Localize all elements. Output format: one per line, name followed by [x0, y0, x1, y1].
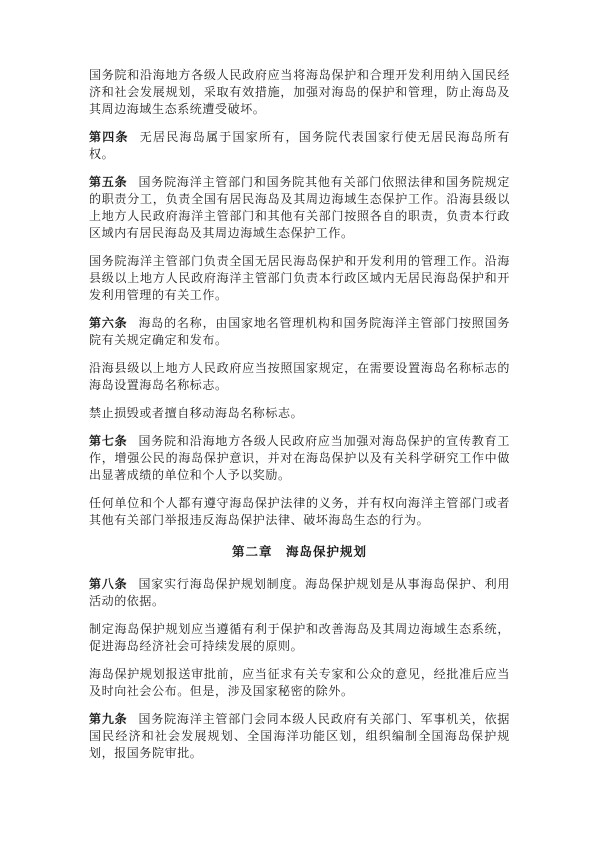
- paragraph-text: 国务院和沿海地方各级人民政府应当加强对海岛保护的宣传教育工作，增强公民的海岛保护…: [89, 434, 510, 482]
- paragraph-text: 任何单位和个人都有遵守海岛保护法律的义务，并有权向海洋主管部门或者其他有关部门举…: [89, 496, 510, 527]
- paragraph: 海岛保护规划报送审批前，应当征求有关专家和公众的意见，经批准后应当及时向社会公布…: [89, 666, 510, 700]
- paragraph-text: 禁止损毁或者擅自移动海岛名称标志。: [89, 406, 303, 420]
- paragraph: 第七条国务院和沿海地方各级人民政府应当加强对海岛保护的宣传教育工作，增强公民的海…: [89, 433, 510, 484]
- paragraph: 制定海岛保护规划应当遵循有利于保护和改善海岛及其周边海域生态系统，促进海岛经济社…: [89, 621, 510, 655]
- article-label: 第五条: [89, 175, 127, 189]
- paragraph-text: 无居民海岛属于国家所有，国务院代表国家行使无居民海岛所有权。: [89, 130, 510, 161]
- article-label: 第六条: [89, 316, 127, 330]
- chapter-heading: 第二章 海岛保护规划: [89, 544, 510, 561]
- document-body: 国务院和沿海地方各级人民政府应当将海岛保护和合理开发利用纳入国民经济和社会发展规…: [89, 67, 510, 773]
- article-label: 第八条: [89, 577, 127, 591]
- article-label: 第九条: [89, 712, 127, 726]
- paragraph-text: 国务院海洋主管部门和国务院其他有关部门依照法律和国务院规定的职责分工，负责全国有…: [89, 175, 510, 240]
- paragraph-text: 沿海县级以上地方人民政府应当按照国家规定，在需要设置海岛名称标志的海岛设置海岛名…: [89, 361, 510, 392]
- paragraph-text: 海岛保护规划报送审批前，应当征求有关专家和公众的意见，经批准后应当及时向社会公布…: [89, 667, 510, 698]
- article-label: 第四条: [89, 130, 129, 144]
- paragraph: 国务院海洋主管部门负责全国无居民海岛保护和开发利用的管理工作。沿海县级以上地方人…: [89, 253, 510, 304]
- paragraph-text: 国家实行海岛保护规划制度。海岛保护规划是从事海岛保护、利用活动的依据。: [89, 577, 510, 608]
- paragraph-text: 海岛的名称，由国家地名管理机构和国务院海洋主管部门按照国务院有关规定确定和发布。: [89, 316, 510, 347]
- paragraph-text: 制定海岛保护规划应当遵循有利于保护和改善海岛及其周边海域生态系统，促进海岛经济社…: [89, 622, 510, 653]
- article-label: 第七条: [89, 434, 127, 448]
- paragraph: 第六条海岛的名称，由国家地名管理机构和国务院海洋主管部门按照国务院有关规定确定和…: [89, 315, 510, 349]
- paragraph: 沿海县级以上地方人民政府应当按照国家规定，在需要设置海岛名称标志的海岛设置海岛名…: [89, 360, 510, 394]
- paragraph: 禁止损毁或者擅自移动海岛名称标志。: [89, 405, 510, 422]
- paragraph: 第九条国务院海洋主管部门会同本级人民政府有关部门、军事机关，依据国民经济和社会发…: [89, 711, 510, 762]
- paragraph: 第五条国务院海洋主管部门和国务院其他有关部门依照法律和国务院规定的职责分工，负责…: [89, 174, 510, 242]
- paragraph: 第八条国家实行海岛保护规划制度。海岛保护规划是从事海岛保护、利用活动的依据。: [89, 576, 510, 610]
- paragraph-text: 国务院海洋主管部门负责全国无居民海岛保护和开发利用的管理工作。沿海县级以上地方人…: [89, 254, 510, 302]
- paragraph: 任何单位和个人都有遵守海岛保护法律的义务，并有权向海洋主管部门或者其他有关部门举…: [89, 495, 510, 529]
- paragraph: 第四条无居民海岛属于国家所有，国务院代表国家行使无居民海岛所有权。: [89, 129, 510, 163]
- paragraph-text: 国务院海洋主管部门会同本级人民政府有关部门、军事机关，依据国民经济和社会发展规划…: [89, 712, 510, 760]
- paragraph-text: 国务院和沿海地方各级人民政府应当将海岛保护和合理开发利用纳入国民经济和社会发展规…: [89, 68, 510, 116]
- document-page: 国务院和沿海地方各级人民政府应当将海岛保护和合理开发利用纳入国民经济和社会发展规…: [0, 0, 595, 841]
- paragraph: 国务院和沿海地方各级人民政府应当将海岛保护和合理开发利用纳入国民经济和社会发展规…: [89, 67, 510, 118]
